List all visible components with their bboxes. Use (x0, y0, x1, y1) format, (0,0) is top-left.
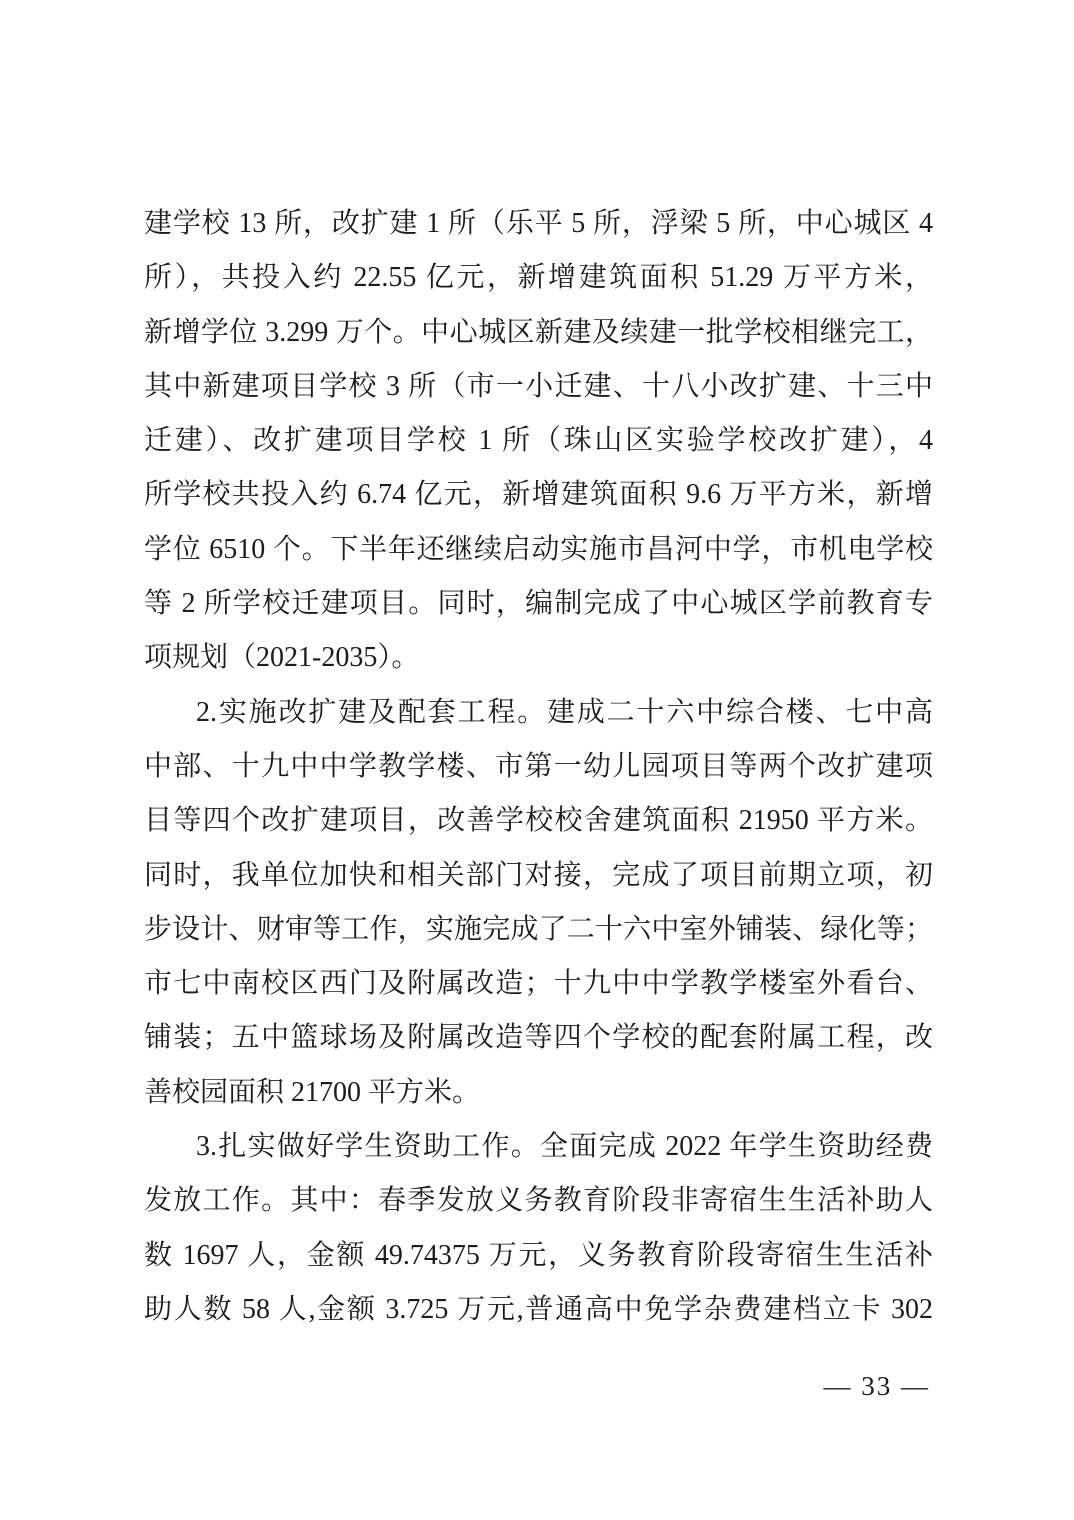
text-line: 市七中南校区西门及附属改造；十九中中学教学楼室外看台、 (144, 957, 933, 1011)
text-line: 铺装；五中篮球场及附属改造等四个学校的配套附属工程，改 (144, 1011, 933, 1065)
text-line: 中部、十九中中学教学楼、市第一幼儿园项目等两个改扩建项 (144, 740, 933, 794)
text-line: 数 1697 人，金额 49.74375 万元，义务教育阶段寄宿生生活补 (144, 1229, 933, 1283)
text-line: 目等四个改扩建项目，改善学校校舍建筑面积 21950 平方米。 (144, 794, 933, 848)
text-line: 新增学位 3.299 万个。中心城区新建及续建一批学校相继完工， (144, 306, 933, 360)
text-line: 2.实施改扩建及配套工程。建成二十六中综合楼、七中高 (144, 686, 933, 740)
text-line: 学位 6510 个。下半年还继续启动实施市昌河中学，市机电学校 (144, 523, 933, 577)
text-line: 迁建）、改扩建项目学校 1 所（珠山区实验学校改扩建），4 (144, 414, 933, 468)
text-line: 助人数 58 人,金额 3.725 万元,普通高中免学杂费建档立卡 302 (144, 1283, 933, 1337)
text-line: 善校园面积 21700 平方米。 (144, 1066, 933, 1120)
text-line: 所学校共投入约 6.74 亿元，新增建筑面积 9.6 万平方米，新增 (144, 468, 933, 522)
page-number: — 33 — (824, 1370, 931, 1402)
text-line: 其中新建项目学校 3 所（市一小迁建、十八小改扩建、十三中 (144, 360, 933, 414)
document-body: 建学校 13 所，改扩建 1 所（乐平 5 所，浮梁 5 所，中心城区 4所），… (144, 197, 933, 1337)
text-line: 所），共投入约 22.55 亿元，新增建筑面积 51.29 万平方米， (144, 251, 933, 305)
text-line: 建学校 13 所，改扩建 1 所（乐平 5 所，浮梁 5 所，中心城区 4 (144, 197, 933, 251)
text-line: 步设计、财审等工作，实施完成了二十六中室外铺装、绿化等； (144, 903, 933, 957)
document-page: 建学校 13 所，改扩建 1 所（乐平 5 所，浮梁 5 所，中心城区 4所），… (0, 0, 1074, 1520)
text-line: 3.扎实做好学生资助工作。全面完成 2022 年学生资助经费 (144, 1120, 933, 1174)
text-line: 等 2 所学校迁建项目。同时，编制完成了中心城区学前教育专 (144, 577, 933, 631)
text-line: 项规划（2021-2035）。 (144, 631, 933, 685)
text-line: 发放工作。其中：春季发放义务教育阶段非寄宿生生活补助人 (144, 1174, 933, 1228)
text-line: 同时，我单位加快和相关部门对接，完成了项目前期立项，初 (144, 849, 933, 903)
